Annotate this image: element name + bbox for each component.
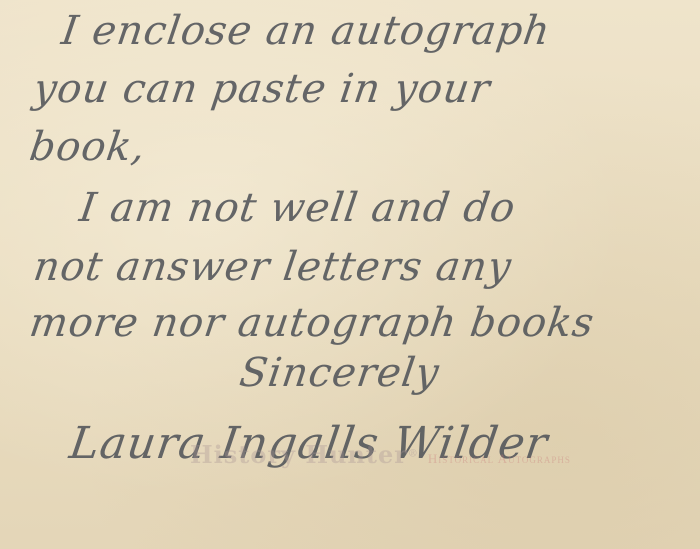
closing: Sincerely <box>237 350 443 396</box>
note-line-6: more nor autograph books <box>27 300 598 346</box>
letter-paper: I enclose an autograph you can paste in … <box>0 0 700 549</box>
note-line-1: I enclose an autograph <box>59 8 554 54</box>
note-line-5: not answer letters any <box>31 244 515 290</box>
note-line-2: you can paste in your <box>31 66 494 112</box>
note-line-3: book, <box>27 124 149 170</box>
signature: Laura Ingalls Wilder <box>66 418 551 469</box>
note-line-4: I am not well and do <box>77 185 519 231</box>
